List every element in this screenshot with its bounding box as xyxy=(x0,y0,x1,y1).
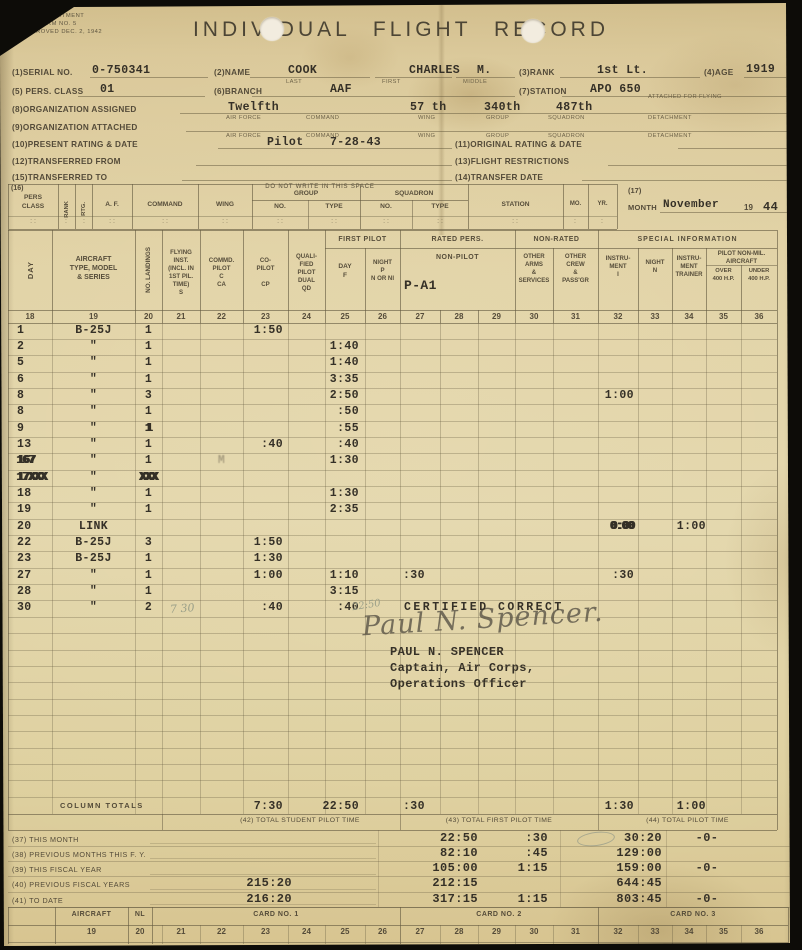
grid-line xyxy=(672,248,673,310)
col-header-landings: NO. LANDINGS xyxy=(135,233,162,307)
sub-detachment-1: DETACHMENT xyxy=(648,115,692,121)
card-col-number: 27 xyxy=(400,927,440,936)
grid-line xyxy=(200,230,201,310)
flight-cell-c23: :40 xyxy=(243,601,288,614)
flight-cell-c25: 3:15 xyxy=(325,585,365,598)
grid-line xyxy=(706,323,707,797)
field-underline xyxy=(182,180,452,181)
card-strip-card2: CARD NO. 2 xyxy=(400,911,598,918)
branch-value: AAF xyxy=(330,83,352,96)
col-number: 29 xyxy=(478,312,515,321)
flight-cell-c23: 1:50 xyxy=(243,324,288,337)
flight-cell-aircraft: " xyxy=(52,356,135,369)
col-number: 25 xyxy=(325,312,365,321)
card-col-number: 23 xyxy=(243,927,288,936)
signature-role: Operations Officer xyxy=(390,677,527,691)
col-header-night-n: NIGHT N xyxy=(638,259,672,275)
summary-val-c: :30 xyxy=(458,831,548,845)
flight-cell-day: 1 xyxy=(8,324,52,337)
flight-cell-aircraft: " xyxy=(52,373,135,386)
grid-line xyxy=(200,797,201,814)
card-col-number: 22 xyxy=(200,927,243,936)
grid-line xyxy=(515,323,516,797)
flight-cell-day: 9 xyxy=(8,422,52,435)
flight-cell-aircraft: " xyxy=(52,389,135,402)
summary-val-a: 216:20 xyxy=(202,892,292,906)
org-attached-label: (9)ORGANIZATION ATTACHED xyxy=(12,123,138,132)
grid-line xyxy=(790,830,791,907)
card-col-number: 25 xyxy=(325,927,365,936)
flight-cell-landings: 1 xyxy=(135,405,162,418)
field-underline xyxy=(678,148,794,149)
grid-line xyxy=(365,797,366,814)
field-underline xyxy=(582,180,794,181)
name-label: (2)NAME xyxy=(214,68,250,77)
summary-val-d: 644:45 xyxy=(572,876,662,890)
station-label: (7)STATION xyxy=(519,87,567,96)
col-header-first-pilot: FIRST PILOT xyxy=(325,235,400,244)
grid-line xyxy=(52,230,53,310)
field-underline xyxy=(196,165,452,166)
flight-cell-day: 20 xyxy=(8,520,52,533)
grid-line xyxy=(553,248,554,310)
original-rating-label: (11)ORIGINAL RATING & DATE xyxy=(455,140,582,149)
card-strip-card1: CARD NO. 1 xyxy=(152,911,400,918)
grid-line xyxy=(617,184,618,229)
summary-row-label: (37) THIS MONTH xyxy=(12,835,79,844)
card-col-number: 36 xyxy=(741,927,777,936)
flight-cell-aircraft: " xyxy=(52,503,135,516)
flight-cell-landings: 1 xyxy=(135,373,162,386)
grid-line xyxy=(8,748,777,749)
grid-line xyxy=(8,942,788,943)
hole-punch-right xyxy=(521,19,545,43)
flight-cell-landings: 1 xyxy=(135,569,162,582)
col-number: 18 xyxy=(8,312,52,321)
flight-cell-c23: 1:00 xyxy=(243,569,288,582)
grid-line xyxy=(741,797,742,814)
col-header-instr-trainer: INSTRU- MENT TRAINER xyxy=(672,255,706,279)
month-value: November xyxy=(663,199,719,211)
box16-tick: : xyxy=(74,218,94,225)
grid-line xyxy=(252,184,253,229)
year-prefix: 19 xyxy=(744,203,753,212)
sub-group-2: GROUP xyxy=(486,133,509,139)
certified-correct-note: CERTIFIED CORRECT xyxy=(404,601,564,614)
field-underline xyxy=(180,113,794,114)
total-c23: 7:30 xyxy=(235,800,288,813)
flight-cell-aircraft: " xyxy=(52,340,135,353)
sub-squadron-1: SQUADRON xyxy=(548,115,585,121)
flight-cell-aircraft: " xyxy=(52,405,135,418)
flight-cell-day: 18 xyxy=(8,487,52,500)
grid-line xyxy=(8,907,788,908)
col-number: 28 xyxy=(440,312,478,321)
col-number: 30 xyxy=(515,312,553,321)
box16-af: A. F. xyxy=(92,201,132,210)
grid-line xyxy=(8,764,777,765)
col-header-co-pilot: CO- PILOT CP xyxy=(243,257,288,289)
col-number: 26 xyxy=(365,312,400,321)
grid-line xyxy=(777,230,778,830)
grid-line xyxy=(666,830,667,907)
flight-cell-day: 17XXX xyxy=(8,471,52,484)
card-col-number: 33 xyxy=(638,927,672,936)
transferred-to-label: (15)TRANSFERRED TO xyxy=(12,173,107,182)
col-number: 23 xyxy=(243,312,288,321)
grid-line xyxy=(638,248,639,310)
page-title: INDIVIDUAL FLIGHT RECORD xyxy=(0,18,802,42)
flight-cell-day: 19 xyxy=(8,503,52,516)
grid-line xyxy=(478,797,479,814)
grid-line xyxy=(741,323,742,797)
grid-line xyxy=(52,797,53,814)
grid-line xyxy=(741,265,742,311)
grid-line xyxy=(8,633,777,634)
grid-line xyxy=(400,323,401,797)
field-underline xyxy=(744,77,794,78)
total-c34: 1:00 xyxy=(668,800,708,813)
box16-tick: : xyxy=(565,218,585,225)
pers-class-label: (5) PERS. CLASS xyxy=(12,87,83,96)
total-c32: 1:30 xyxy=(598,800,638,813)
grid-line xyxy=(515,230,516,310)
flight-cell-day: 167 xyxy=(8,454,52,467)
flight-cell-c32: 0:00 xyxy=(598,520,638,533)
grid-line xyxy=(8,682,777,683)
grid-line xyxy=(8,650,777,651)
card-col-number: 19 xyxy=(55,927,128,936)
summary-leader xyxy=(150,858,376,859)
summary-row-label: (41) TO DATE xyxy=(12,896,63,905)
flight-cell-c23: 1:30 xyxy=(243,552,288,565)
grid-line xyxy=(598,230,599,310)
flight-cell-c25: 1:10 xyxy=(325,569,365,582)
flight-restrictions-label: (13)FLIGHT RESTRICTIONS xyxy=(455,157,569,166)
col-header-non-pilot: NON-PILOT xyxy=(400,253,515,262)
card-col-number: 32 xyxy=(598,927,638,936)
sub-wing-1: WING xyxy=(418,115,435,121)
col-number: 24 xyxy=(288,312,325,321)
name-middle-value: M. xyxy=(477,64,492,77)
field-underline xyxy=(90,77,208,78)
flight-cell-c25: 1:30 xyxy=(325,487,365,500)
col-header-other-crew: OTHER CREW & PASS'GR xyxy=(553,253,598,285)
org-assigned-label: (8)ORGANIZATION ASSIGNED xyxy=(12,105,137,114)
field-underline xyxy=(560,77,700,78)
grid-line xyxy=(308,200,309,229)
col-number: 31 xyxy=(553,312,598,321)
col-header-day-f: DAY F xyxy=(325,263,365,280)
flight-cell-c34: 1:00 xyxy=(672,520,706,533)
sub-squadron-2: SQUADRON xyxy=(548,133,585,139)
col-header-other-arms: OTHER ARMS & SERVICES xyxy=(515,253,553,285)
flight-cell-day: 2 xyxy=(8,340,52,353)
summary-val-e: -0- xyxy=(686,831,728,845)
grid-line xyxy=(588,184,589,229)
grid-line xyxy=(8,230,777,231)
col-header-over-400: OVER 400 H.P. xyxy=(706,268,741,283)
col-number: 32 xyxy=(598,312,638,321)
grid-line xyxy=(132,184,133,229)
flight-cell-aircraft: " xyxy=(52,471,135,484)
serial-label: (1)SERIAL NO. xyxy=(12,68,73,77)
branch-label: (6)BRANCH xyxy=(214,87,262,96)
summary-val-c: 1:15 xyxy=(458,892,548,906)
col-number: 36 xyxy=(741,312,777,321)
col-number: 27 xyxy=(400,312,440,321)
grid-line xyxy=(8,797,777,798)
field-underline xyxy=(186,131,794,132)
col-header-qualified: QUALI- FIED PILOT DUAL QD xyxy=(288,253,325,293)
grid-line xyxy=(400,230,401,310)
flight-cell-day: 5 xyxy=(8,356,52,369)
col-header-night-p: NIGHT P N OR NI xyxy=(365,259,400,283)
box16-label: (16) xyxy=(11,185,23,192)
grid-line xyxy=(252,200,360,201)
rank-value: 1st Lt. xyxy=(597,64,648,77)
age-label: (4)AGE xyxy=(704,68,734,77)
flight-cell-landings: 1 xyxy=(135,340,162,353)
box16-tick: : : xyxy=(102,218,122,225)
grid-line xyxy=(478,323,479,797)
sub-air-force-2: AIR FORCE xyxy=(226,133,261,139)
flight-cell-aircraft: B-25J xyxy=(52,552,135,565)
field-underline xyxy=(252,96,515,97)
box16-tick: : : xyxy=(430,218,450,225)
signature-name: PAUL N. SPENCER xyxy=(390,645,504,659)
name-last-value: COOK xyxy=(288,64,317,77)
box16-group-no: NO. xyxy=(252,203,308,212)
col-header-pilot-non-mil: PILOT NON-MIL. AIRCRAFT xyxy=(706,250,777,266)
field-underline xyxy=(375,77,452,78)
hole-punch-left xyxy=(260,17,284,41)
col-header-day: DAY xyxy=(8,233,52,307)
summary-row-label: (40) PREVIOUS FISCAL YEARS xyxy=(12,880,130,889)
grid-line xyxy=(8,699,777,700)
flight-cell-aircraft: " xyxy=(52,569,135,582)
non-pilot-entry: P-A1 xyxy=(404,278,437,293)
grid-line xyxy=(135,230,136,310)
card-strip-card3: CARD NO. 3 xyxy=(598,911,788,918)
box16-squadron-no: NO. xyxy=(360,203,412,212)
box16-group-type: TYPE xyxy=(308,203,360,212)
col-number: 22 xyxy=(200,312,243,321)
sub-group-1: GROUP xyxy=(486,115,509,121)
flight-cell-c25: 2:50 xyxy=(325,389,365,402)
flight-cell-landings: 1 xyxy=(135,487,162,500)
grid-line xyxy=(553,797,554,814)
grid-line xyxy=(560,830,561,907)
flight-cell-c25: 1:30 xyxy=(325,454,365,467)
card-strip-aircraft: AIRCRAFT xyxy=(55,911,128,918)
card-strip-nl: NL xyxy=(128,911,152,918)
grid-line xyxy=(162,797,163,814)
grid-line xyxy=(8,907,9,944)
strap-43: (43) TOTAL FIRST PILOT TIME xyxy=(400,817,598,824)
grid-line xyxy=(440,323,441,797)
box16-squadron-type: TYPE xyxy=(412,203,468,212)
field-underline xyxy=(250,77,370,78)
grid-line xyxy=(8,184,617,185)
grid-line xyxy=(638,797,639,814)
field-underline xyxy=(456,77,515,78)
card-col-number: 34 xyxy=(672,927,706,936)
strap-44: (44) TOTAL PILOT TIME xyxy=(598,817,777,824)
flight-cell-c25: :55 xyxy=(325,422,365,435)
grid-line xyxy=(288,323,289,797)
field-underline xyxy=(218,148,452,149)
name-sub-middle: MIDDLE xyxy=(463,79,487,85)
box16-mo: MO. xyxy=(563,201,588,209)
grid-line xyxy=(8,666,777,667)
flight-cell-aircraft: " xyxy=(52,585,135,598)
flight-cell-aircraft: " xyxy=(52,438,135,451)
flight-cell-day: 8 xyxy=(8,389,52,402)
grid-line xyxy=(162,323,163,797)
grid-line xyxy=(288,797,289,814)
grid-line xyxy=(672,323,673,797)
flight-cell-aircraft: B-25J xyxy=(52,536,135,549)
flight-cell-landings: 2 xyxy=(135,601,162,614)
card-col-number: 31 xyxy=(553,927,598,936)
grid-line xyxy=(553,323,554,797)
grid-line xyxy=(8,216,617,217)
flight-cell-landings: 1 xyxy=(135,454,162,467)
col-header-non-rated: NON-RATED xyxy=(515,235,598,244)
grid-line xyxy=(365,323,366,797)
col-number: 35 xyxy=(706,312,741,321)
flight-cell-aircraft: " xyxy=(52,601,135,614)
pers-class-value: 01 xyxy=(100,83,115,96)
flight-cell-landings: XXX xyxy=(135,471,162,484)
flight-cell-day: 23 xyxy=(8,552,52,565)
serial-value: 0-750341 xyxy=(92,64,150,77)
grid-line xyxy=(360,200,468,201)
flight-cell-c23: :40 xyxy=(243,438,288,451)
total-c25: 22:50 xyxy=(310,800,365,813)
flight-cell-landings: 3 xyxy=(135,389,162,402)
grid-line xyxy=(8,925,788,926)
flight-cell-aircraft: " xyxy=(52,422,135,435)
col-number: 33 xyxy=(638,312,672,321)
grid-line xyxy=(162,814,163,830)
box16-tick: : : xyxy=(376,218,396,225)
flight-cell-landings: 1 xyxy=(135,324,162,337)
total-c27: :30 xyxy=(400,800,440,813)
flight-cell-landings: 1 xyxy=(135,422,162,435)
sub-wing-2: WING xyxy=(418,133,435,139)
box16-pers-class: PERS CLASS xyxy=(8,194,58,211)
grid-line xyxy=(8,814,777,815)
col-header-aircraft: AIRCRAFT TYPE, MODEL & SERIES xyxy=(52,255,135,282)
box16-wing: WING xyxy=(198,201,252,210)
station-value: APO 650 xyxy=(590,83,641,96)
attached-for-flying-label: ATTACHED FOR FLYING xyxy=(648,94,722,100)
flight-cell-c25: :40 xyxy=(325,438,365,451)
grid-line xyxy=(8,780,777,781)
field-underline xyxy=(660,212,794,213)
column-totals-label: COLUMN TOTALS xyxy=(60,801,144,810)
scanned-form-paper: WAR DEPARTMENT AAF FORM NO. 5 APPROVED D… xyxy=(0,0,802,950)
grid-line xyxy=(515,797,516,814)
flight-cell-c22: M xyxy=(200,454,243,467)
box16-tick: : : xyxy=(270,218,290,225)
sub-detachment-2: DETACHMENT xyxy=(648,133,692,139)
card-col-number: 21 xyxy=(162,927,200,936)
grid-line xyxy=(243,230,244,310)
grid-line xyxy=(325,230,326,310)
grid-line xyxy=(325,248,777,249)
col-header-rated-pers: RATED PERS. xyxy=(400,235,515,244)
name-sub-last: LAST xyxy=(286,79,302,85)
rank-label: (3)RANK xyxy=(519,68,555,77)
name-first-value: CHARLES xyxy=(409,64,460,77)
summary-val-b: 212:15 xyxy=(388,876,478,890)
col-number: 34 xyxy=(672,312,706,321)
grid-line xyxy=(8,184,9,229)
flight-cell-aircraft: LINK xyxy=(52,520,135,533)
grid-line xyxy=(198,184,199,229)
flight-cell-landings: 3 xyxy=(135,536,162,549)
grid-line xyxy=(378,830,379,907)
col-number: 21 xyxy=(162,312,200,321)
summary-row-label: (39) THIS FISCAL YEAR xyxy=(12,865,102,874)
grid-line xyxy=(8,310,777,311)
flight-cell-c25: 1:40 xyxy=(325,340,365,353)
box16-tick: : : xyxy=(155,218,175,225)
box16-tick: : xyxy=(56,218,76,225)
box16-tick: : : xyxy=(215,218,235,225)
grid-line xyxy=(365,248,366,310)
flight-cell-day: 6 xyxy=(8,373,52,386)
flight-cell-c23: 1:50 xyxy=(243,536,288,549)
grid-line xyxy=(8,715,777,716)
card-col-number: 24 xyxy=(288,927,325,936)
sub-command-1: COMMAND xyxy=(306,115,339,121)
summary-val-c: 1:15 xyxy=(458,861,548,875)
grid-line xyxy=(8,617,777,618)
summary-val-c: :45 xyxy=(458,846,548,860)
grid-line xyxy=(200,323,201,797)
month-label: MONTH xyxy=(628,203,657,212)
flight-cell-day: 28 xyxy=(8,585,52,598)
field-underline xyxy=(562,96,794,97)
flight-cell-day: 22 xyxy=(8,536,52,549)
summary-val-d: 159:00 xyxy=(572,861,662,875)
box16-tick: : : xyxy=(505,218,525,225)
grid-line xyxy=(468,184,469,229)
box16-station: STATION xyxy=(468,201,563,210)
box17-label: (17) xyxy=(628,186,641,195)
grid-line xyxy=(412,200,413,229)
box16-group: GROUP xyxy=(252,190,360,199)
grid-line xyxy=(706,248,707,310)
box16-tick: : : xyxy=(23,218,43,225)
transfer-date-label: (14)TRANSFER DATE xyxy=(455,173,543,182)
box16-yr: YR. xyxy=(588,201,617,209)
card-col-number: 29 xyxy=(478,927,515,936)
grid-line xyxy=(440,797,441,814)
flight-cell-day: 27 xyxy=(8,569,52,582)
grid-line xyxy=(8,731,777,732)
box16-command: COMMAND xyxy=(132,201,198,210)
grid-line xyxy=(563,184,564,229)
grid-line xyxy=(788,907,789,944)
flight-cell-day: 30 xyxy=(8,601,52,614)
col-header-flying-inst: FLYING INST. (INCL. IN 1ST PIL. TIME) S xyxy=(162,249,200,297)
box16-squadron: SQUADRON xyxy=(360,190,468,199)
